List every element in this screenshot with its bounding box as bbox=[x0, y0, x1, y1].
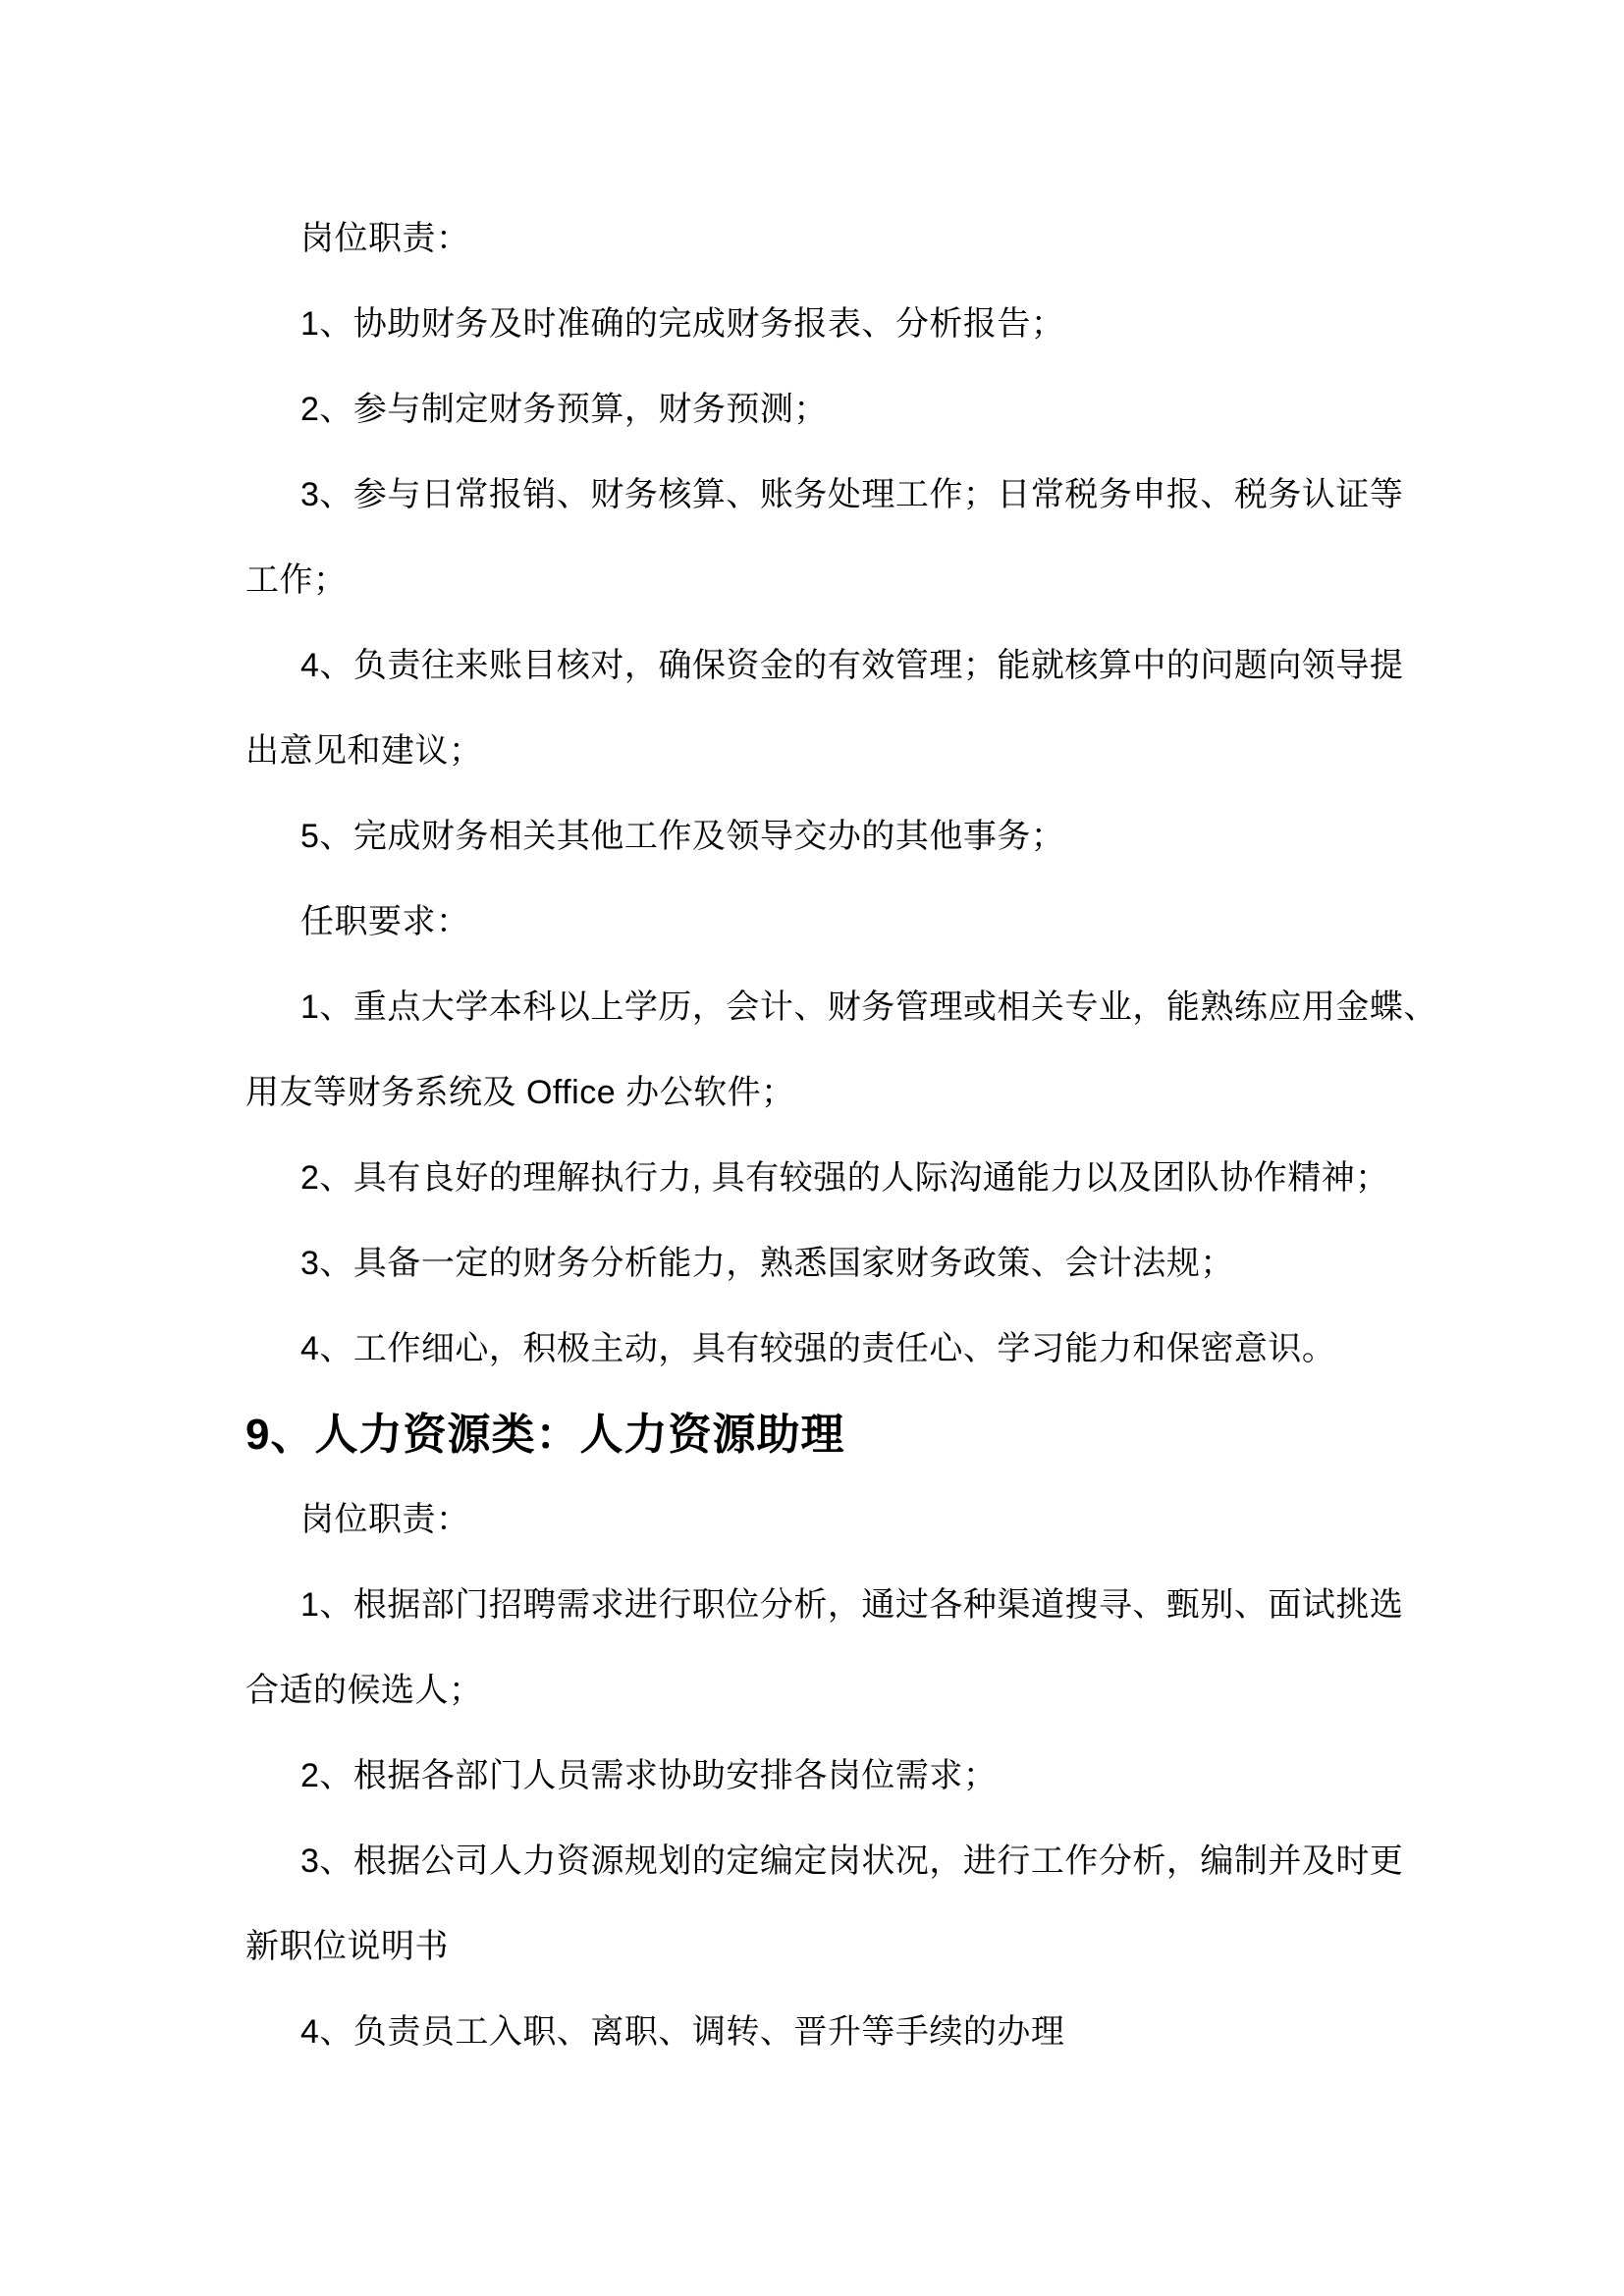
doc-text-line: 工作； bbox=[245, 538, 1379, 623]
finance-req-4: 4、工作细心，积极主动，具有较强的责任心、学习能力和保密意识。 bbox=[245, 1307, 1379, 1392]
hr-duty-3: 3、根据公司人力资源规划的定编定岗状况，进行工作分析，编制并及时更新职位说明书 bbox=[245, 1819, 1379, 1990]
hr-section-heading: 9、人力资源类：人力资源助理 bbox=[245, 1392, 1379, 1477]
hr-duties-label: 岗位职责： bbox=[245, 1477, 1379, 1563]
hr-duty-1: 1、根据部门招聘需求进行职位分析，通过各种渠道搜寻、甄别、面试挑选合适的候选人； bbox=[245, 1563, 1379, 1734]
finance-req-2: 2、具有良好的理解执行力, 具有较强的人际沟通能力以及团队协作精神； bbox=[245, 1136, 1379, 1221]
finance-duty-5: 5、完成财务相关其他工作及领导交办的其他事务； bbox=[245, 794, 1379, 880]
doc-text-line: 2、具有良好的理解执行力, 具有较强的人际沟通能力以及团队协作精神； bbox=[245, 1136, 1379, 1221]
finance-requirements-label: 任职要求： bbox=[245, 880, 1379, 965]
document-page: 岗位职责：1、协助财务及时准确的完成财务报表、分析报告；2、参与制定财务预算，财… bbox=[0, 0, 1624, 2296]
doc-text-line: 1、协助财务及时准确的完成财务报表、分析报告； bbox=[245, 282, 1379, 367]
finance-duties-label: 岗位职责： bbox=[245, 196, 1379, 282]
doc-text-line: 4、负责往来账目核对，确保资金的有效管理；能就核算中的问题向领导提 bbox=[245, 623, 1379, 709]
doc-text-line: 任职要求： bbox=[245, 880, 1379, 965]
section-heading-line: 9、人力资源类：人力资源助理 bbox=[245, 1392, 1379, 1477]
finance-duty-2: 2、参与制定财务预算，财务预测； bbox=[245, 367, 1379, 453]
doc-text-line: 合适的候选人； bbox=[245, 1648, 1379, 1734]
doc-text-line: 4、负责员工入职、离职、调转、晋升等手续的办理 bbox=[245, 1990, 1379, 2075]
document-content: 岗位职责：1、协助财务及时准确的完成财务报表、分析报告；2、参与制定财务预算，财… bbox=[245, 196, 1379, 2075]
doc-text-line: 3、参与日常报销、财务核算、账务处理工作；日常税务申报、税务认证等 bbox=[245, 453, 1379, 538]
doc-text-line: 1、重点大学本科以上学历，会计、财务管理或相关专业，能熟练应用金蝶、 bbox=[245, 965, 1379, 1050]
doc-text-line: 新职位说明书 bbox=[245, 1904, 1379, 1990]
finance-req-3: 3、具备一定的财务分析能力，熟悉国家财务政策、会计法规； bbox=[245, 1221, 1379, 1307]
finance-duty-4: 4、负责往来账目核对，确保资金的有效管理；能就核算中的问题向领导提出意见和建议； bbox=[245, 623, 1379, 794]
finance-req-1: 1、重点大学本科以上学历，会计、财务管理或相关专业，能熟练应用金蝶、用友等财务系… bbox=[245, 965, 1379, 1136]
doc-text-line: 3、根据公司人力资源规划的定编定岗状况，进行工作分析，编制并及时更 bbox=[245, 1819, 1379, 1904]
doc-text-line: 4、工作细心，积极主动，具有较强的责任心、学习能力和保密意识。 bbox=[245, 1307, 1379, 1392]
hr-duty-4: 4、负责员工入职、离职、调转、晋升等手续的办理 bbox=[245, 1990, 1379, 2075]
doc-text-line: 1、根据部门招聘需求进行职位分析，通过各种渠道搜寻、甄别、面试挑选 bbox=[245, 1563, 1379, 1648]
hr-duty-2: 2、根据各部门人员需求协助安排各岗位需求； bbox=[245, 1734, 1379, 1819]
doc-text-line: 用友等财务系统及 Office 办公软件； bbox=[245, 1050, 1379, 1136]
doc-text-line: 2、根据各部门人员需求协助安排各岗位需求； bbox=[245, 1734, 1379, 1819]
finance-duty-1: 1、协助财务及时准确的完成财务报表、分析报告； bbox=[245, 282, 1379, 367]
finance-duty-3: 3、参与日常报销、财务核算、账务处理工作；日常税务申报、税务认证等工作； bbox=[245, 453, 1379, 623]
doc-text-line: 岗位职责： bbox=[245, 1477, 1379, 1563]
doc-text-line: 岗位职责： bbox=[245, 196, 1379, 282]
doc-text-line: 出意见和建议； bbox=[245, 709, 1379, 794]
doc-text-line: 5、完成财务相关其他工作及领导交办的其他事务； bbox=[245, 794, 1379, 880]
doc-text-line: 2、参与制定财务预算，财务预测； bbox=[245, 367, 1379, 453]
doc-text-line: 3、具备一定的财务分析能力，熟悉国家财务政策、会计法规； bbox=[245, 1221, 1379, 1307]
